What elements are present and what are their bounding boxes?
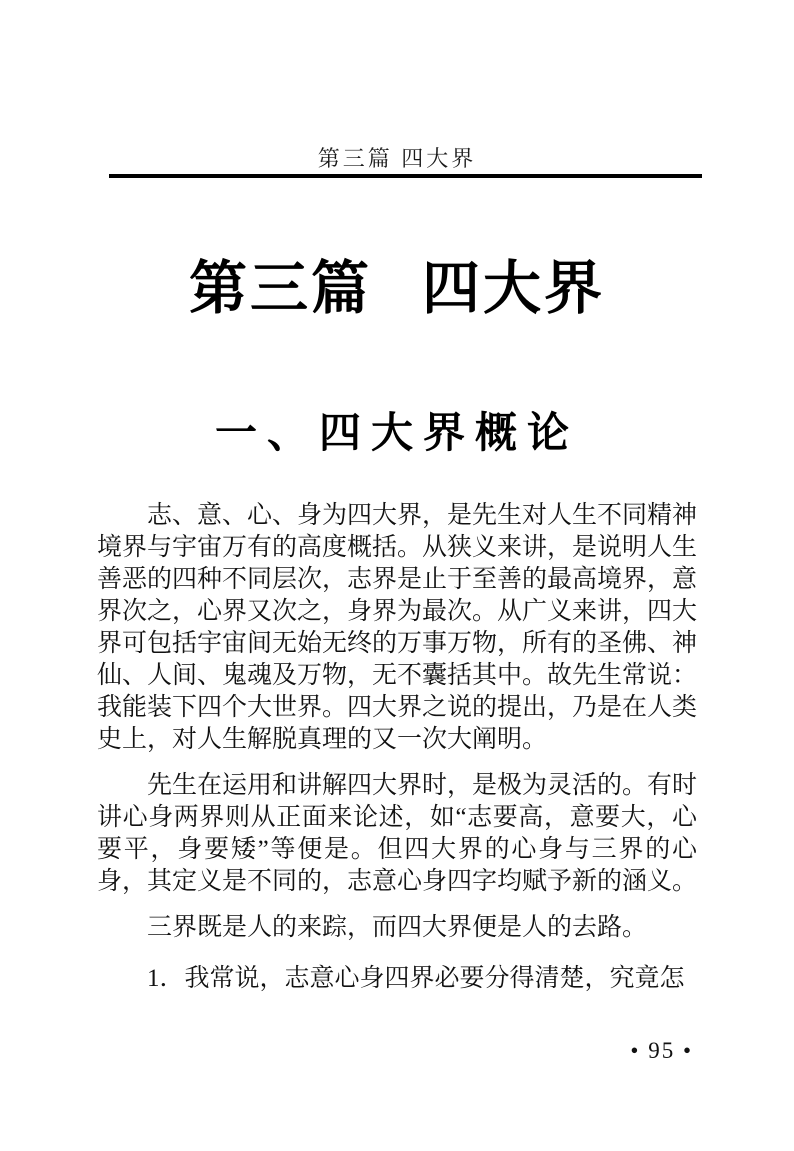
body-text: 志、意、心、身为四大界，是先生对人生不同精神境界与宇宙万有的高度概括。从狭义来讲… bbox=[97, 500, 697, 1009]
book-page: 第三篇 四大界 第三篇四大界 一、四大界概论 志、意、心、身为四大界，是先生对人… bbox=[0, 0, 794, 1151]
chapter-title: 第三篇四大界 bbox=[0, 254, 794, 324]
header-rule bbox=[109, 174, 702, 178]
running-header: 第三篇 四大界 bbox=[0, 142, 794, 173]
chapter-title-part-name: 四大界 bbox=[422, 256, 605, 321]
chapter-title-part-label: 第三篇 bbox=[189, 256, 372, 321]
paragraph-three-realms: 三界既是人的来踪，而四大界便是人的去路。 bbox=[97, 912, 697, 944]
page-number: • 95 • bbox=[97, 1038, 697, 1064]
paragraph-overview: 志、意、心、身为四大界，是先生对人生不同精神境界与宇宙万有的高度概括。从狭义来讲… bbox=[97, 500, 697, 756]
section-heading: 一、四大界概论 bbox=[0, 408, 794, 458]
paragraph-quote-1: 1．我常说，志意心身四界必要分得清楚，究竟怎 bbox=[97, 963, 697, 995]
paragraph-usage: 先生在运用和讲解四大界时，是极为灵活的。有时讲心身两界则从正面来论述，如“志要高… bbox=[97, 770, 697, 898]
